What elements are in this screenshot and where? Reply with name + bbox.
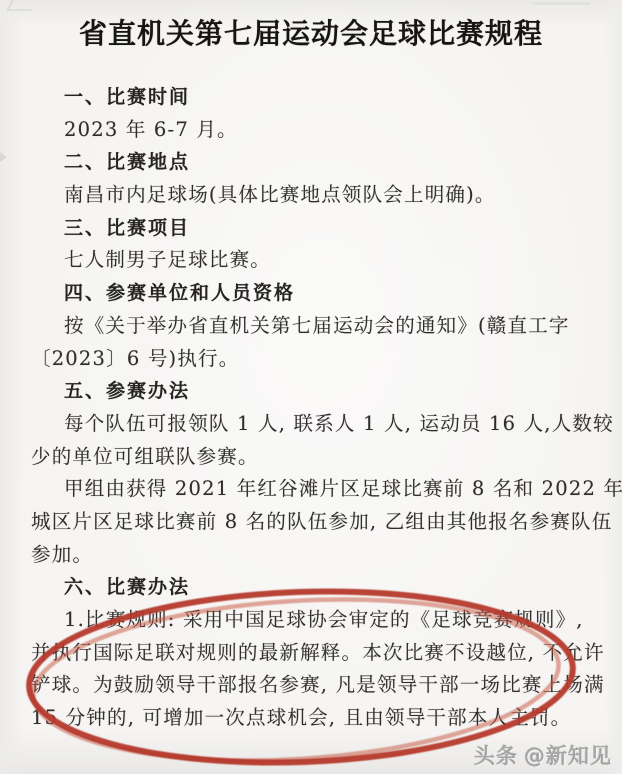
document-line: 少的单位可组联队参赛。 [31,441,598,474]
scan-artifact-left-edge [0,152,7,162]
document-line: 〔2023〕6 号)执行。 [31,343,598,376]
watermark-handle: @新知见 [524,744,612,768]
document-body: 一、比赛时间2023 年 6-7 月。二、比赛地点南昌市内足球场(具体比赛地点领… [31,81,598,735]
section-heading: 四、参赛单位和人员资格 [31,277,598,310]
document-title: 省直机关第七届运动会足球比赛规程 [0,12,622,52]
document-line: 铲球。为鼓励领导干部报名参赛, 凡是领导干部一场比赛上场满 [31,669,598,702]
document-line: 每个队伍可报领队 1 人, 联系人 1 人, 运动员 16 人,人数较 [31,408,598,441]
scan-artifact-top-left [6,0,38,11]
document-line: 按《关于举办省直机关第七届运动会的通知》(赣直工字 [31,310,598,343]
watermark-brand: 头条 [474,744,518,768]
watermark: 头条@新知见 [474,740,612,770]
document-line: 1.比赛规则: 采用中国足球协会审定的《足球竞赛规则》, [31,604,598,637]
section-heading: 六、比赛办法 [31,571,598,604]
document-line: 南昌市内足球场(具体比赛地点领队会上明确)。 [31,179,598,212]
section-heading: 三、比赛项目 [31,212,598,245]
document-line: 七人制男子足球比赛。 [31,244,598,277]
document-page: 省直机关第七届运动会足球比赛规程 一、比赛时间2023 年 6-7 月。二、比赛… [0,0,622,774]
document-line: 15 分钟的, 可增加一次点球机会, 且由领导干部本人主罚。 [31,702,598,735]
scan-artifact-top-right [532,2,590,5]
section-heading: 一、比赛时间 [31,81,598,114]
document-line: 2023 年 6-7 月。 [31,114,598,147]
document-line: 城区片区足球比赛前 8 名的队伍参加, 乙组由其他报名参赛队伍 [31,506,598,539]
document-line: 参加。 [31,539,598,572]
document-line: 并执行国际足联对规则的最新解释。本次比赛不设越位, 不允许 [31,637,598,670]
document-line: 甲组由获得 2021 年红谷滩片区足球比赛前 8 名和 2022 年老 [31,473,598,506]
section-heading: 二、比赛地点 [31,146,598,179]
section-heading: 五、参赛办法 [31,375,598,408]
